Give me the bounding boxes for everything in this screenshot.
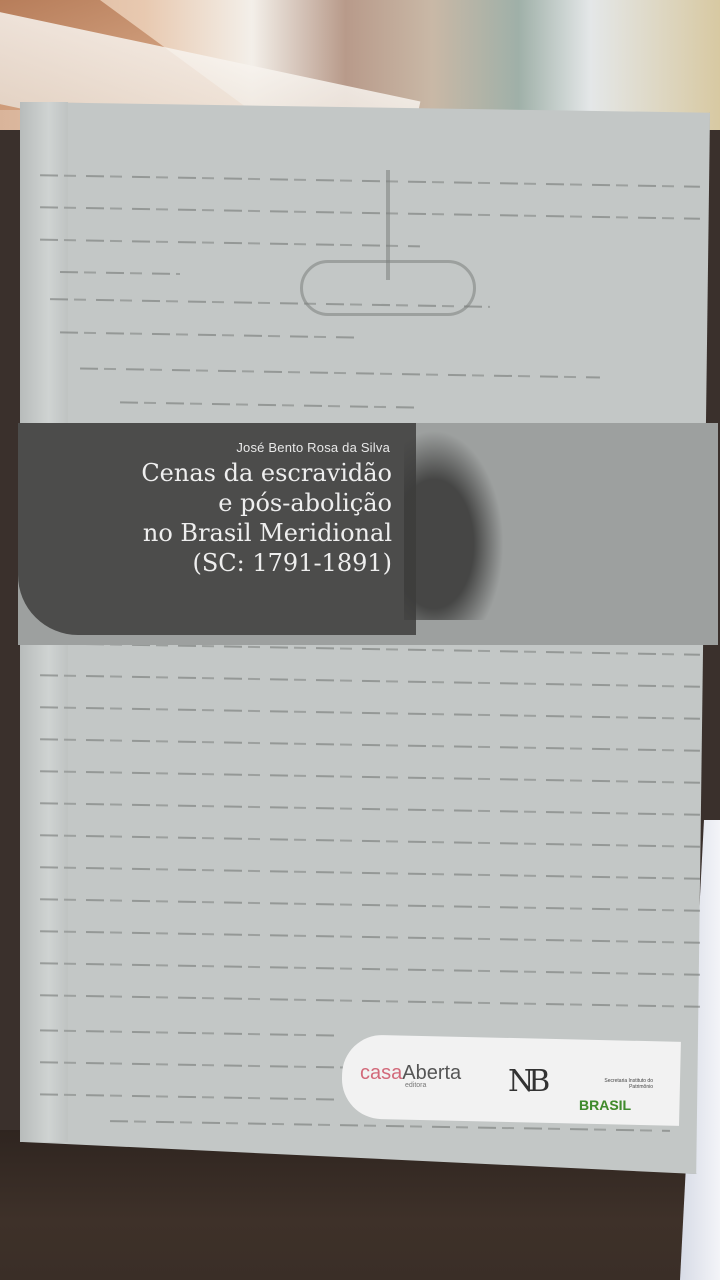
editora-label: editora [405,1082,426,1089]
title-line-1: Cenas da escravidão [100,458,392,488]
title-line-3: no Brasil Meridional [100,518,392,548]
author-name: José Bento Rosa da Silva [120,440,390,455]
signature-flourish-ornament [300,260,476,316]
title-line-4: (SC: 1791-1891) [100,548,392,578]
government-small-text: Secretaria Instituto do Patrimônio [588,1078,653,1090]
casa-logo-text: casa [360,1062,402,1084]
nb-monogram-logo: NB [508,1064,544,1099]
aberta-logo-text: Aberta [402,1062,461,1084]
brasil-government-logo: BRASIL [576,1097,634,1113]
title-line-2: e pós-abolição [100,488,392,518]
book-title: Cenas da escravidão e pós-abolição no Br… [100,458,392,578]
profile-portrait-illustration [404,430,504,620]
